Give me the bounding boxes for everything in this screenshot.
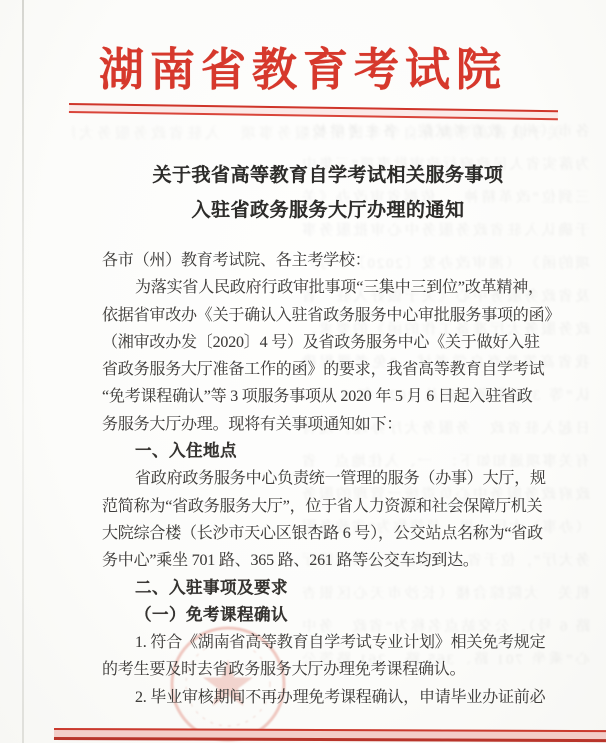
bleedthrough-text-strip: 关于我省高等教育自学考试相关服务事项 入驻省政务服务大厅办理的通知 (72, 121, 562, 147)
body-line: 范简称为“省政务服务大厅”，位于省人力资源和社会保障厅机关 (102, 493, 572, 520)
body-line: 省政府政务服务中心负责统一管理的服务（办事）大厅，规 (102, 465, 572, 492)
body-line: 务服务大厅办理。现将有关事项通知如下： (102, 411, 572, 438)
body-line: 省政务服务大厅准备工作的函》的要求，我省高等教育自学考试 (102, 356, 572, 383)
body-line: 的考生要及时去省政务服务大厅办理免考课程确认。 (102, 656, 572, 683)
document-body: 各市（州）教育考试院、各主考学校：为落实省人民政府行政审批事项“三集中三到位”改… (102, 247, 572, 711)
body-line: 务中心”乘坐 701 路、365 路、261 路等公交车均到达。 (102, 547, 572, 574)
body-line: 依据省审改办《关于确认入驻省政务服务中心审批服务事项的函》 (102, 302, 572, 329)
body-line: 一、入住地点 (102, 438, 572, 465)
letterhead-org-name: 湖南省教育考试院 (0, 33, 606, 98)
body-line: 各市（州）教育考试院、各主考学校： (102, 247, 572, 274)
body-line: 二、入驻事项及要求 (102, 575, 572, 602)
body-line: 大院综合楼（长沙市天心区银杏路 6 号），公交站点名称为“省政 (102, 520, 572, 547)
body-line: 2. 毕业审核期间不再办理免考课程确认，申请毕业办证前必 (102, 684, 572, 711)
scanned-document-page: 各市（州）教育考试院、各主考学校： 为落实省人民政府行政审批事项“三集中三到位”… (0, 0, 606, 743)
body-line: 为落实省人民政府行政审批事项“三集中三到位”改革精神， (102, 274, 572, 301)
body-line: “免考课程确认”等 3 项服务事项从 2020 年 5 月 6 日起入驻省政 (102, 383, 572, 410)
body-line: （湘审改办发〔2020〕4 号）及省政务服务中心《关于做好入驻 (102, 329, 572, 356)
document-title-line1: 关于我省高等教育自学考试相关服务事项 (102, 158, 554, 193)
document-title-line2: 入驻省政务服务大厅办理的通知 (102, 193, 554, 228)
body-line: （一）免考课程确认 (102, 602, 572, 629)
footer-divider-line (54, 728, 606, 742)
document-title: 关于我省高等教育自学考试相关服务事项 入驻省政务服务大厅办理的通知 (102, 158, 554, 228)
scan-edge-line (22, 0, 24, 743)
letterhead-divider-line (69, 103, 558, 120)
body-line: 1. 符合《湖南省高等教育自学考试专业计划》相关免考规定 (102, 629, 572, 656)
